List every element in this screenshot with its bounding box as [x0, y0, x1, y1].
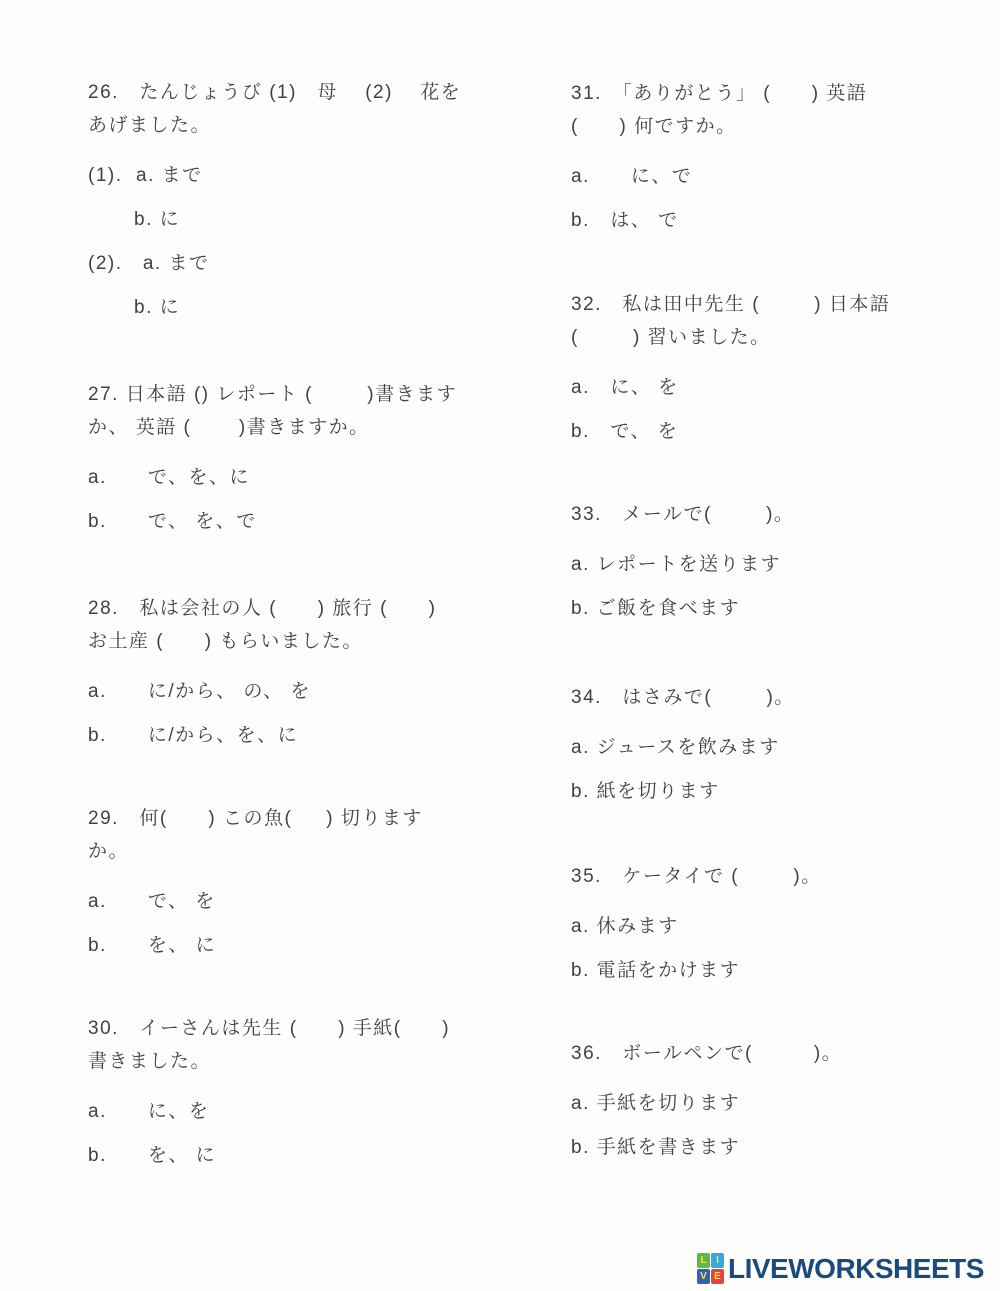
question-30-option-b[interactable]: b. を、 に [88, 1145, 538, 1166]
question-33-stem: 33. メールで( )。 [571, 498, 991, 531]
right-column: 31. 「ありがとう」 ( ) 英語 ( ) 何ですか。 a. に、で b. は… [571, 0, 991, 1291]
question-35-option-b[interactable]: b. 電話をかけます [571, 960, 991, 981]
liveworksheets-grid-icon: L I V E [697, 1253, 724, 1284]
question-29-stem-line-1: 29. 何( ) この魚( ) 切ります [88, 802, 538, 835]
question-31: 31. 「ありがとう」 ( ) 英語 ( ) 何ですか。 a. に、で b. は… [571, 77, 991, 231]
question-26-stem-line-2: あげました。 [88, 109, 538, 142]
question-27: 27. 日本語 () レポート ( )書きます か、 英語 ( )書きますか。 … [88, 378, 538, 532]
question-31-option-b[interactable]: b. は、 で [571, 210, 991, 231]
question-34-option-b[interactable]: b. 紙を切ります [571, 781, 991, 802]
question-28-stem-line-1: 28. 私は会社の人 ( ) 旅行 ( ) [88, 592, 538, 625]
question-33-option-a[interactable]: a. レポートを送ります [571, 554, 991, 575]
question-30-option-a[interactable]: a. に、を [88, 1101, 538, 1122]
logo-square-l: L [697, 1253, 710, 1268]
question-28-option-b[interactable]: b. に/から、を、に [88, 725, 538, 746]
question-31-stem-line-1: 31. 「ありがとう」 ( ) 英語 [571, 77, 991, 110]
logo-square-v: V [697, 1269, 710, 1284]
question-28-option-a[interactable]: a. に/から、 の、 を [88, 681, 538, 702]
question-30-stem: 30. イーさんは先生 ( ) 手紙( ) 書きました。 [88, 1012, 538, 1078]
question-27-stem: 27. 日本語 () レポート ( )書きます か、 英語 ( )書きますか。 [88, 378, 538, 444]
liveworksheets-wordmark: LIVEWORKSHEETS [728, 1255, 984, 1283]
question-29-stem: 29. 何( ) この魚( ) 切ります か。 [88, 802, 538, 868]
question-32: 32. 私は田中先生 ( ) 日本語 ( ) 習いました。 a. に、 を b.… [571, 288, 991, 442]
liveworksheets-logo[interactable]: L I V E LIVEWORKSHEETS [697, 1253, 984, 1284]
question-26-stem-line-1: 26. たんじょうび (1) 母 (2) 花を [88, 76, 538, 109]
question-36-stem-line-1: 36. ボールペンで( )。 [571, 1037, 991, 1070]
question-36-option-b[interactable]: b. 手紙を書きます [571, 1137, 991, 1158]
question-26-option-2b[interactable]: b. に [88, 297, 538, 318]
question-27-option-b[interactable]: b. で、 を、で [88, 511, 538, 532]
worksheet-page: 26. たんじょうび (1) 母 (2) 花を あげました。 (1). a. ま… [0, 0, 1000, 1291]
question-35-stem: 35. ケータイで ( )。 [571, 860, 991, 893]
question-33-stem-line-1: 33. メールで( )。 [571, 498, 991, 531]
question-34: 34. はさみで( )。 a. ジュースを飲みます b. 紙を切ります [571, 681, 991, 802]
question-36-option-a[interactable]: a. 手紙を切ります [571, 1093, 991, 1114]
question-29: 29. 何( ) この魚( ) 切ります か。 a. で、 を b. を、 に [88, 802, 538, 956]
question-32-option-b[interactable]: b. で、 を [571, 421, 991, 442]
question-26-stem: 26. たんじょうび (1) 母 (2) 花を あげました。 [88, 76, 538, 142]
question-26: 26. たんじょうび (1) 母 (2) 花を あげました。 (1). a. ま… [88, 76, 538, 318]
question-28: 28. 私は会社の人 ( ) 旅行 ( ) お土産 ( ) もらいました。 a.… [88, 592, 538, 746]
question-32-stem: 32. 私は田中先生 ( ) 日本語 ( ) 習いました。 [571, 288, 991, 354]
question-33-option-b[interactable]: b. ご飯を食べます [571, 598, 991, 619]
question-36: 36. ボールペンで( )。 a. 手紙を切ります b. 手紙を書きます [571, 1037, 991, 1158]
question-34-option-a[interactable]: a. ジュースを飲みます [571, 737, 991, 758]
question-30: 30. イーさんは先生 ( ) 手紙( ) 書きました。 a. に、を b. を… [88, 1012, 538, 1166]
question-30-stem-line-2: 書きました。 [88, 1045, 538, 1078]
question-26-option-2a[interactable]: (2). a. まで [88, 253, 538, 274]
question-27-stem-line-1: 27. 日本語 () レポート ( )書きます [88, 378, 538, 411]
question-35-option-a[interactable]: a. 休みます [571, 916, 991, 937]
question-35-stem-line-1: 35. ケータイで ( )。 [571, 860, 991, 893]
question-28-stem-line-2: お土産 ( ) もらいました。 [88, 625, 538, 658]
question-31-option-a[interactable]: a. に、で [571, 166, 991, 187]
question-28-stem: 28. 私は会社の人 ( ) 旅行 ( ) お土産 ( ) もらいました。 [88, 592, 538, 658]
left-column: 26. たんじょうび (1) 母 (2) 花を あげました。 (1). a. ま… [88, 0, 538, 1291]
question-35: 35. ケータイで ( )。 a. 休みます b. 電話をかけます [571, 860, 991, 981]
question-30-stem-line-1: 30. イーさんは先生 ( ) 手紙( ) [88, 1012, 538, 1045]
question-33: 33. メールで( )。 a. レポートを送ります b. ご飯を食べます [571, 498, 991, 619]
logo-square-e: E [711, 1269, 724, 1284]
question-32-stem-line-2: ( ) 習いました。 [571, 321, 991, 354]
question-32-stem-line-1: 32. 私は田中先生 ( ) 日本語 [571, 288, 991, 321]
question-26-option-1b[interactable]: b. に [88, 209, 538, 230]
logo-square-i: I [711, 1253, 724, 1268]
question-31-stem-line-2: ( ) 何ですか。 [571, 110, 991, 143]
question-29-option-b[interactable]: b. を、 に [88, 935, 538, 956]
question-29-option-a[interactable]: a. で、 を [88, 891, 538, 912]
question-34-stem-line-1: 34. はさみで( )。 [571, 681, 991, 714]
question-26-option-1a[interactable]: (1). a. まで [88, 165, 538, 186]
question-27-stem-line-2: か、 英語 ( )書きますか。 [88, 411, 538, 444]
question-36-stem: 36. ボールペンで( )。 [571, 1037, 991, 1070]
question-31-stem: 31. 「ありがとう」 ( ) 英語 ( ) 何ですか。 [571, 77, 991, 143]
question-29-stem-line-2: か。 [88, 835, 538, 868]
question-27-option-a[interactable]: a. で、を、に [88, 467, 538, 488]
question-34-stem: 34. はさみで( )。 [571, 681, 991, 714]
question-32-option-a[interactable]: a. に、 を [571, 377, 991, 398]
